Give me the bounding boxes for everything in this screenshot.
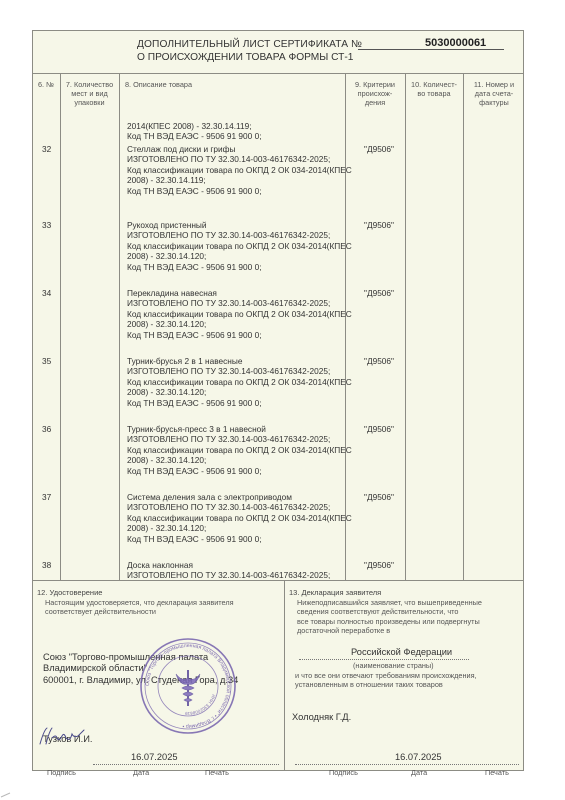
column-header-quantity: 10. Количест-во товара (405, 80, 463, 98)
column-divider (463, 73, 464, 580)
section-divider (284, 580, 285, 771)
declarant-name: Холодняк Г.Д. (292, 712, 351, 722)
origin-criterion: "Д9506" (353, 492, 405, 502)
scan-mark-icon (0, 792, 12, 798)
item-number: 37 (42, 492, 51, 502)
item-number: 35 (42, 356, 51, 366)
column-header-packages: 7. Количествомест и видупаковки (60, 80, 119, 107)
certificate-number-underline (358, 49, 504, 50)
seal-label: Печать (205, 768, 229, 777)
item-number: 38 (42, 560, 51, 570)
signatures-section: 12. Удостоверение Настоящим удостоверяет… (33, 580, 523, 771)
origin-criterion: "Д9506" (353, 560, 405, 570)
item-number: 36 (42, 424, 51, 434)
date-label: Дата (411, 768, 427, 777)
certification-title: 12. Удостоверение (37, 588, 102, 597)
signature-line (295, 764, 519, 765)
country-line (299, 659, 469, 660)
column-header-description: 8. Описание товара (125, 80, 192, 89)
signature-line (93, 764, 279, 765)
item-number: 34 (42, 288, 51, 298)
certification-date: 16.07.2025 (131, 752, 178, 762)
certificate-sheet: ДОПОЛНИТЕЛЬНЫЙ ЛИСТ СЕРТИФИКАТА № О ПРОИ… (32, 30, 524, 771)
column-divider (119, 73, 120, 580)
seal-label: Печать (485, 768, 509, 777)
item-description: Рукоход пристенный ИЗГОТОВЛЕНО ПО ТУ 32.… (127, 220, 352, 272)
column-header-number: 6. № (38, 80, 54, 89)
handwritten-signature-icon (38, 724, 86, 748)
item-description: Турник-брусья-пресс 3 в 1 навесной ИЗГОТ… (127, 424, 352, 476)
signature-label: Подпись (47, 768, 76, 777)
item-description: Стеллаж под диски и грифы ИЗГОТОВЛЕНО ПО… (127, 144, 352, 196)
declaration-title: 13. Декларация заявителя (289, 588, 381, 597)
origin-criterion: "Д9506" (353, 144, 405, 154)
chamber-of-commerce-stamp-icon: Союз "Торгово-промышленная палата Владим… (138, 636, 238, 736)
item-description: Перекладина навесная ИЗГОТОВЛЕНО ПО ТУ 3… (127, 288, 352, 340)
origin-criterion: "Д9506" (353, 424, 405, 434)
certificate-number: 5030000061 (425, 37, 486, 49)
signature-label: Подпись (329, 768, 358, 777)
country-caption: (наименование страны) (353, 661, 434, 670)
certification-text: Настоящим удостоверяется, что декларация… (45, 598, 234, 617)
declaration-text-continued: и что все они отвечают требованиям проис… (295, 671, 477, 690)
column-header-origin-criterion: 9. Критериипроисхож-дения (345, 80, 405, 107)
origin-criterion: "Д9506" (353, 220, 405, 230)
column-header-invoice: 11. Номер идата счета-фактуры (463, 80, 525, 107)
column-divider (60, 73, 61, 580)
document-title-line1: ДОПОЛНИТЕЛЬНЫЙ ЛИСТ СЕРТИФИКАТА № (137, 39, 362, 50)
origin-country: Российской Федерации (351, 647, 452, 657)
item-number: 32 (42, 144, 51, 154)
date-label: Дата (133, 768, 149, 777)
item-number: 33 (42, 220, 51, 230)
goods-table: 6. № 7. Количествомест и видупаковки 8. … (33, 73, 523, 581)
item-description: Система деления зала с электроприводом И… (127, 492, 352, 544)
document-header: ДОПОЛНИТЕЛЬНЫЙ ЛИСТ СЕРТИФИКАТА № О ПРОИ… (33, 31, 523, 74)
origin-criterion: "Д9506" (353, 356, 405, 366)
item-description: 2014(КПЕС 2008) - 32.30.14.119; Код ТН В… (127, 121, 352, 142)
document-title-line2: О ПРОИСХОЖДЕНИИ ТОВАРА ФОРМЫ СТ-1 (137, 52, 353, 63)
item-description: Турник-брусья 2 в 1 навесные ИЗГОТОВЛЕНО… (127, 356, 352, 408)
declaration-text: Нижеподписавшийся заявляет, что вышеприв… (297, 598, 482, 636)
column-divider (405, 73, 406, 580)
origin-criterion: "Д9506" (353, 288, 405, 298)
item-description: Доска наклонная ИЗГОТОВЛЕНО ПО ТУ 32.30.… (127, 560, 352, 581)
declaration-date: 16.07.2025 (395, 752, 442, 762)
